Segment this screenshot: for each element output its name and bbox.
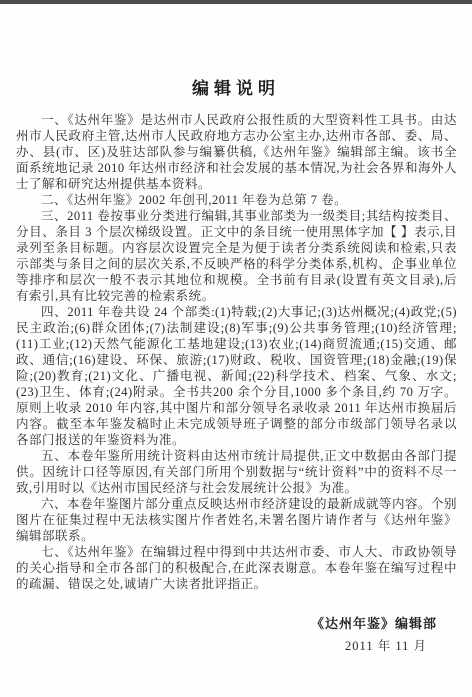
publication-date: 2011 年 11 月 <box>0 636 437 654</box>
paragraph-3: 三、2011 卷按事业分类进行编辑,其事业部类为一级类目;其结构按类目、分目、条… <box>16 208 457 304</box>
paragraph-4: 四、2011 年卷共设 24 个部类:(1)特载;(2)大事记;(3)达州概况;… <box>16 304 457 448</box>
signature-block: 《达州年鉴》编辑部 2011 年 11 月 <box>0 613 472 654</box>
paragraph-6: 六、本卷年鉴图片部分重点反映达州市经济建设的最新成就等内容。个别图片在征集过程中… <box>16 496 457 544</box>
paragraph-5: 五、本卷年鉴所用统计资料由达州市统计局提供,正文中数据由各部门提供。因统计口径等… <box>16 448 457 496</box>
scanned-yearbook-page: 编辑说明 一、《达州年鉴》是达州市人民政府公报性质的大型资料性工具书。由达州市人… <box>0 0 472 697</box>
editorial-department-signature: 《达州年鉴》编辑部 <box>0 613 437 632</box>
paragraph-2: 二、《达州年鉴》2002 年创刊,2011 年卷为总第 7 卷。 <box>16 192 457 208</box>
editorial-notes-body: 一、《达州年鉴》是达州市人民政府公报性质的大型资料性工具书。由达州市人民政府主管… <box>16 112 457 592</box>
scan-edge-artifact <box>0 0 472 4</box>
paragraph-7: 七、《达州年鉴》在编辑过程中得到中共达州市委、市人大、市政协领导的关心指导和全市… <box>16 544 457 592</box>
page-title: 编辑说明 <box>0 0 472 99</box>
paragraph-1: 一、《达州年鉴》是达州市人民政府公报性质的大型资料性工具书。由达州市人民政府主管… <box>16 112 457 192</box>
